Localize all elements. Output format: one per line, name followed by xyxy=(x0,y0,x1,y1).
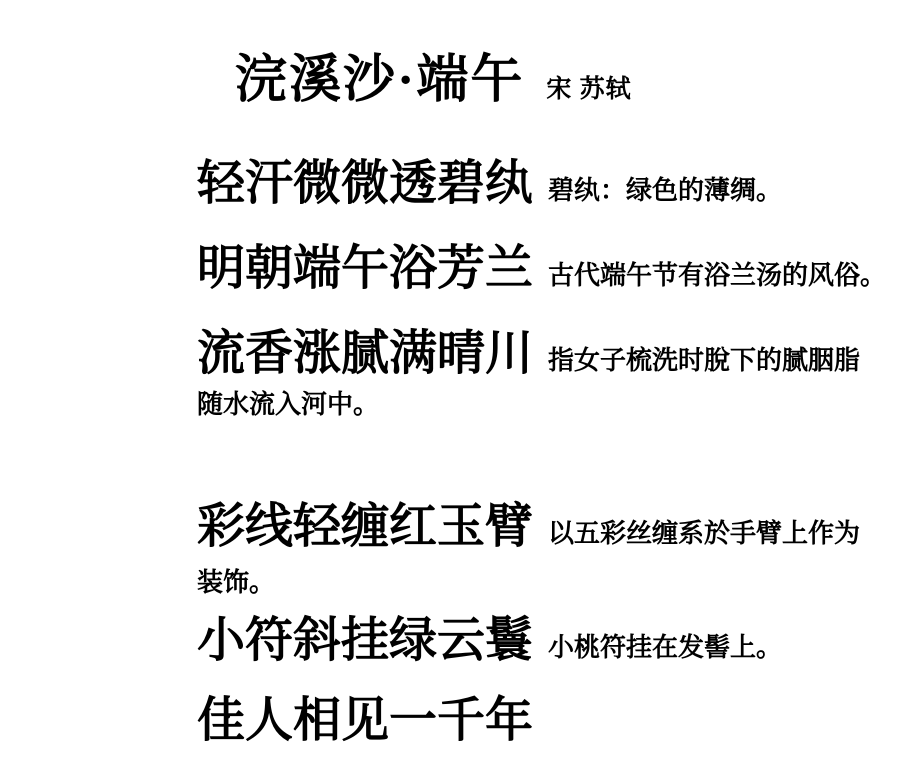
annotation-continuation: 装饰。 xyxy=(197,566,275,600)
verse-text: 彩线轻缠红玉臂 xyxy=(197,500,533,553)
poem-title: 浣溪沙·端午 xyxy=(235,52,524,109)
verse-annotation: 指女子梳洗时脫下的腻胭脂 xyxy=(533,346,860,375)
verse-text: 明朝端午浴芳兰 xyxy=(197,242,533,295)
poem-line-1: 轻汗微微透碧纨碧纨：绿色的薄绸。 xyxy=(197,151,897,228)
annotation-continuation: 随水流入河中。 xyxy=(197,388,379,422)
poem-page: 浣溪沙·端午宋 苏轼 轻汗微微透碧纨碧纨：绿色的薄绸。 明朝端午浴芳兰古代端午节… xyxy=(0,0,900,758)
poem-line-5: 小符斜挂绿云鬟小桃符挂在发髻上。 xyxy=(197,608,897,685)
verse-text: 佳人相见一千年 xyxy=(197,694,533,747)
poem-author: 宋 苏轼 xyxy=(524,76,631,103)
poem-line-6: 佳人相见一千年 xyxy=(197,688,897,758)
verse-text: 小符斜挂绿云鬟 xyxy=(197,614,533,667)
verse-annotation: 小桃符挂在发髻上。 xyxy=(533,633,782,662)
poem-line-4: 彩线轻缠红玉臂以五彩丝缠系於手臂上作为 xyxy=(197,494,897,571)
poem-header: 浣溪沙·端午宋 苏轼 xyxy=(235,51,632,123)
verse-annotation: 以五彩丝缠系於手臂上作为 xyxy=(533,519,860,548)
poem-line-3: 流香涨腻满晴川指女子梳洗时脫下的腻胭脂 xyxy=(197,321,897,398)
verse-annotation xyxy=(533,713,548,742)
poem-line-2: 明朝端午浴芳兰古代端午节有浴兰汤的风俗。 xyxy=(197,236,897,313)
verse-annotation: 碧纨：绿色的薄绸。 xyxy=(533,176,782,205)
verse-annotation: 古代端午节有浴兰汤的风俗。 xyxy=(533,261,886,290)
verse-text: 流香涨腻满晴川 xyxy=(197,327,533,380)
verse-text: 轻汗微微透碧纨 xyxy=(197,157,533,210)
